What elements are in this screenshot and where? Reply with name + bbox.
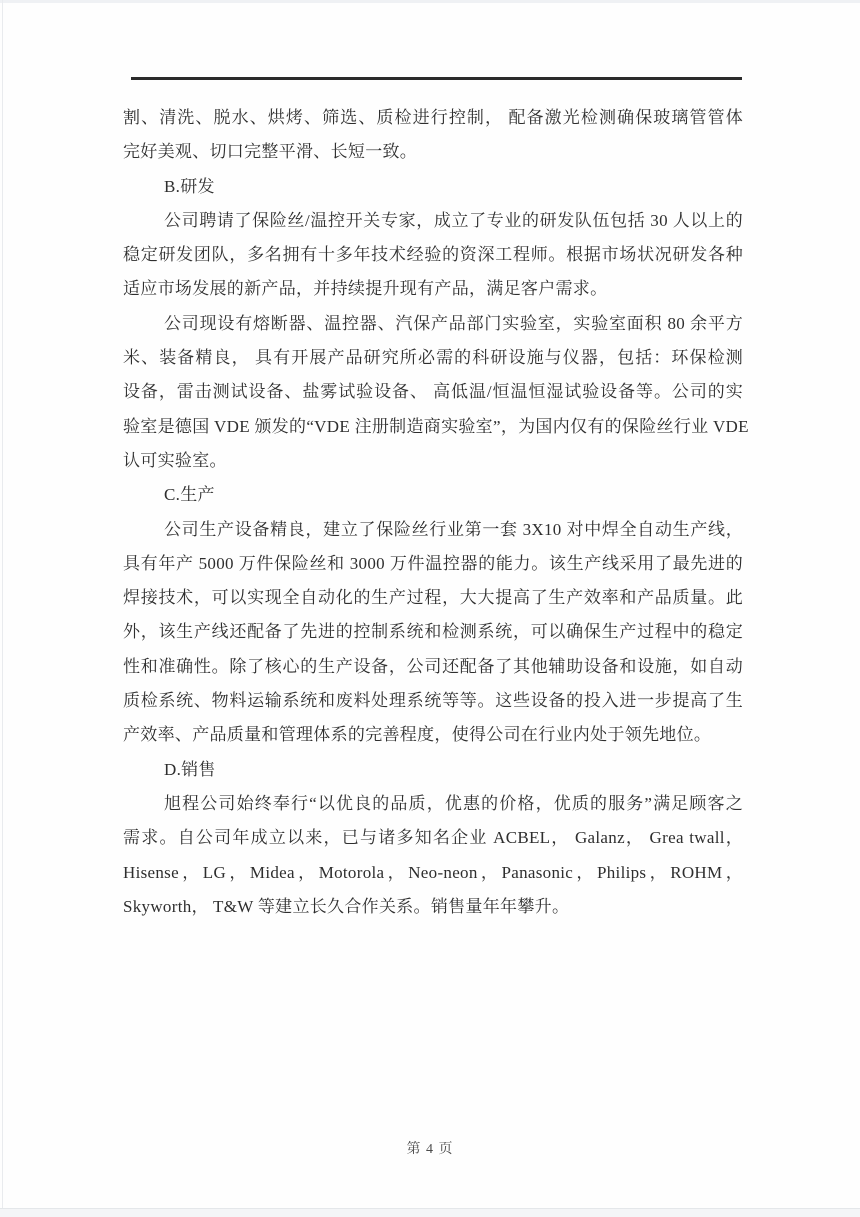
text-line: 验室是德国 VDE 颁发的“VDE 注册制造商实验室”，为国内仅有的保险丝行业 … (123, 410, 743, 444)
text-line: 设备，雷击测试设备、盐雾试验设备、 高低温/恒温恒湿试验设备等。公司的实 (123, 375, 743, 409)
text-line: 公司聘请了保险丝/温控开关专家，成立了专业的研发队伍包括 30 人以上的 (123, 204, 743, 238)
page-edge-top (0, 0, 860, 3)
page-edge-bottom (0, 1208, 860, 1217)
text-line: 旭程公司始终奉行“以优良的品质，优惠的价格，优质的服务”满足顾客之 (123, 787, 743, 821)
page-edge-left (2, 0, 3, 1217)
section-heading-d: D.销售 (123, 753, 743, 787)
text-line: 性和准确性。除了核心的生产设备，公司还配备了其他辅助设备和设施，如自动 (123, 650, 743, 684)
text-line: 需求。自公司年成立以来，已与诸多知名企业 ACBEL， Galanz， Grea… (123, 821, 743, 855)
text-line: 焊接技术，可以实现全自动化的生产过程，大大提高了生产效率和产品质量。此 (123, 581, 743, 615)
text-line: 米、装备精良， 具有开展产品研究所必需的科研设施与仪器，包括：环保检测 (123, 341, 743, 375)
text-line: 具有年产 5000 万件保险丝和 3000 万件温控器的能力。该生产线采用了最先… (123, 547, 743, 581)
text-line: 外，该生产线还配备了先进的控制系统和检测系统，可以确保生产过程中的稳定 (123, 615, 743, 649)
section-heading-c: C.生产 (123, 478, 743, 512)
document-page: 割、清洗、脱水、烘烤、筛选、质检进行控制， 配备激光检测确保玻璃管管体 完好美观… (0, 0, 860, 1217)
header-rule (131, 77, 742, 80)
section-heading-b: B.研发 (123, 170, 743, 204)
text-line: 适应市场发展的新产品，并持续提升现有产品，满足客户需求。 (123, 272, 743, 306)
text-line: 完好美观、切口完整平滑、长短一致。 (123, 135, 743, 169)
text-line: 割、清洗、脱水、烘烤、筛选、质检进行控制， 配备激光检测确保玻璃管管体 (123, 101, 743, 135)
text-line: Hisense，LG，Midea，Motorola，Neo-neon，Panas… (123, 856, 743, 890)
text-line: 公司生产设备精良，建立了保险丝行业第一套 3X10 对中焊全自动生产线， (123, 513, 743, 547)
text-line: 认可实验室。 (123, 444, 743, 478)
text-line: 质检系统、物料运输系统和废料处理系统等等。这些设备的投入进一步提高了生 (123, 684, 743, 718)
text-line: 稳定研发团队，多名拥有十多年技术经验的资深工程师。根据市场状况研发各种 (123, 238, 743, 272)
page-number: 第 4 页 (0, 1140, 860, 1160)
text-line: 公司现设有熔断器、温控器、汽保产品部门实验室，实验室面积 80 余平方 (123, 307, 743, 341)
text-line: 产效率、产品质量和管理体系的完善程度，使得公司在行业内处于领先地位。 (123, 718, 743, 752)
document-body: 割、清洗、脱水、烘烤、筛选、质检进行控制， 配备激光检测确保玻璃管管体 完好美观… (123, 101, 743, 924)
text-line: Skyworth， T&W 等建立长久合作关系。销售量年年攀升。 (123, 890, 743, 924)
